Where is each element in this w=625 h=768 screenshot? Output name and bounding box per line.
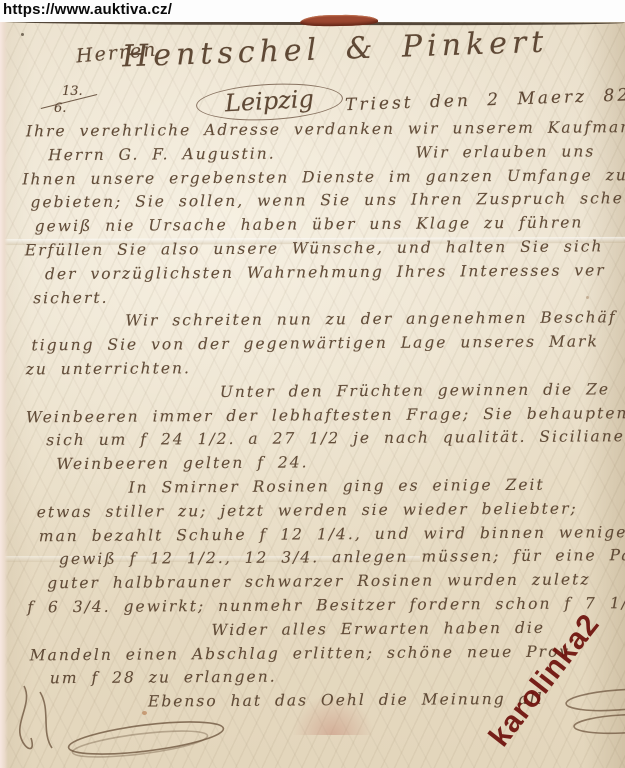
line-gap — [276, 157, 416, 158]
docket-numerator: 13. — [62, 84, 83, 99]
ink-speck — [21, 33, 24, 36]
handwritten-line: der vorzüglichsten Wahrnehmung Ihres Int… — [45, 258, 625, 286]
handwritten-line: etwas stiller zu; jetzt werden sie wiede… — [37, 496, 625, 524]
handwritten-line: tigung Sie von der gegenwärtigen Lage un… — [31, 330, 625, 358]
handwritten-line: In Smirner Rosinen ging es einige Zeit — [128, 473, 625, 501]
letter-body: Ihre verehrliche Adresse verdanken wir u… — [22, 116, 625, 716]
url-overlay-text: https://www.auktiva.cz/ — [3, 1, 172, 18]
handwritten-line: Unter den Früchten gewinnen die Ze — [220, 377, 625, 404]
signature-flourish-left — [6, 680, 236, 765]
handwritten-line: sich um f 24 1/2. a 27 1/2 je nach quali… — [46, 425, 625, 453]
docket-number: 13. 6. — [46, 84, 98, 122]
augustin-continuation: Wir erlauben uns — [416, 142, 596, 161]
handwritten-line: Wir schreiten nun zu der angenehmen Besc… — [125, 306, 625, 334]
scanned-letter-page: https://www.auktiva.cz/ Herren Hentschel… — [0, 0, 625, 768]
handwritten-line: Herrn G. F. Augustin.Wir erlauben uns — [48, 139, 625, 167]
left-fold-edge — [0, 22, 8, 768]
docket-denominator: 6. — [54, 101, 66, 116]
augustin-name: Herrn G. F. Augustin. — [48, 144, 276, 164]
signature-flourish-right — [556, 686, 625, 746]
